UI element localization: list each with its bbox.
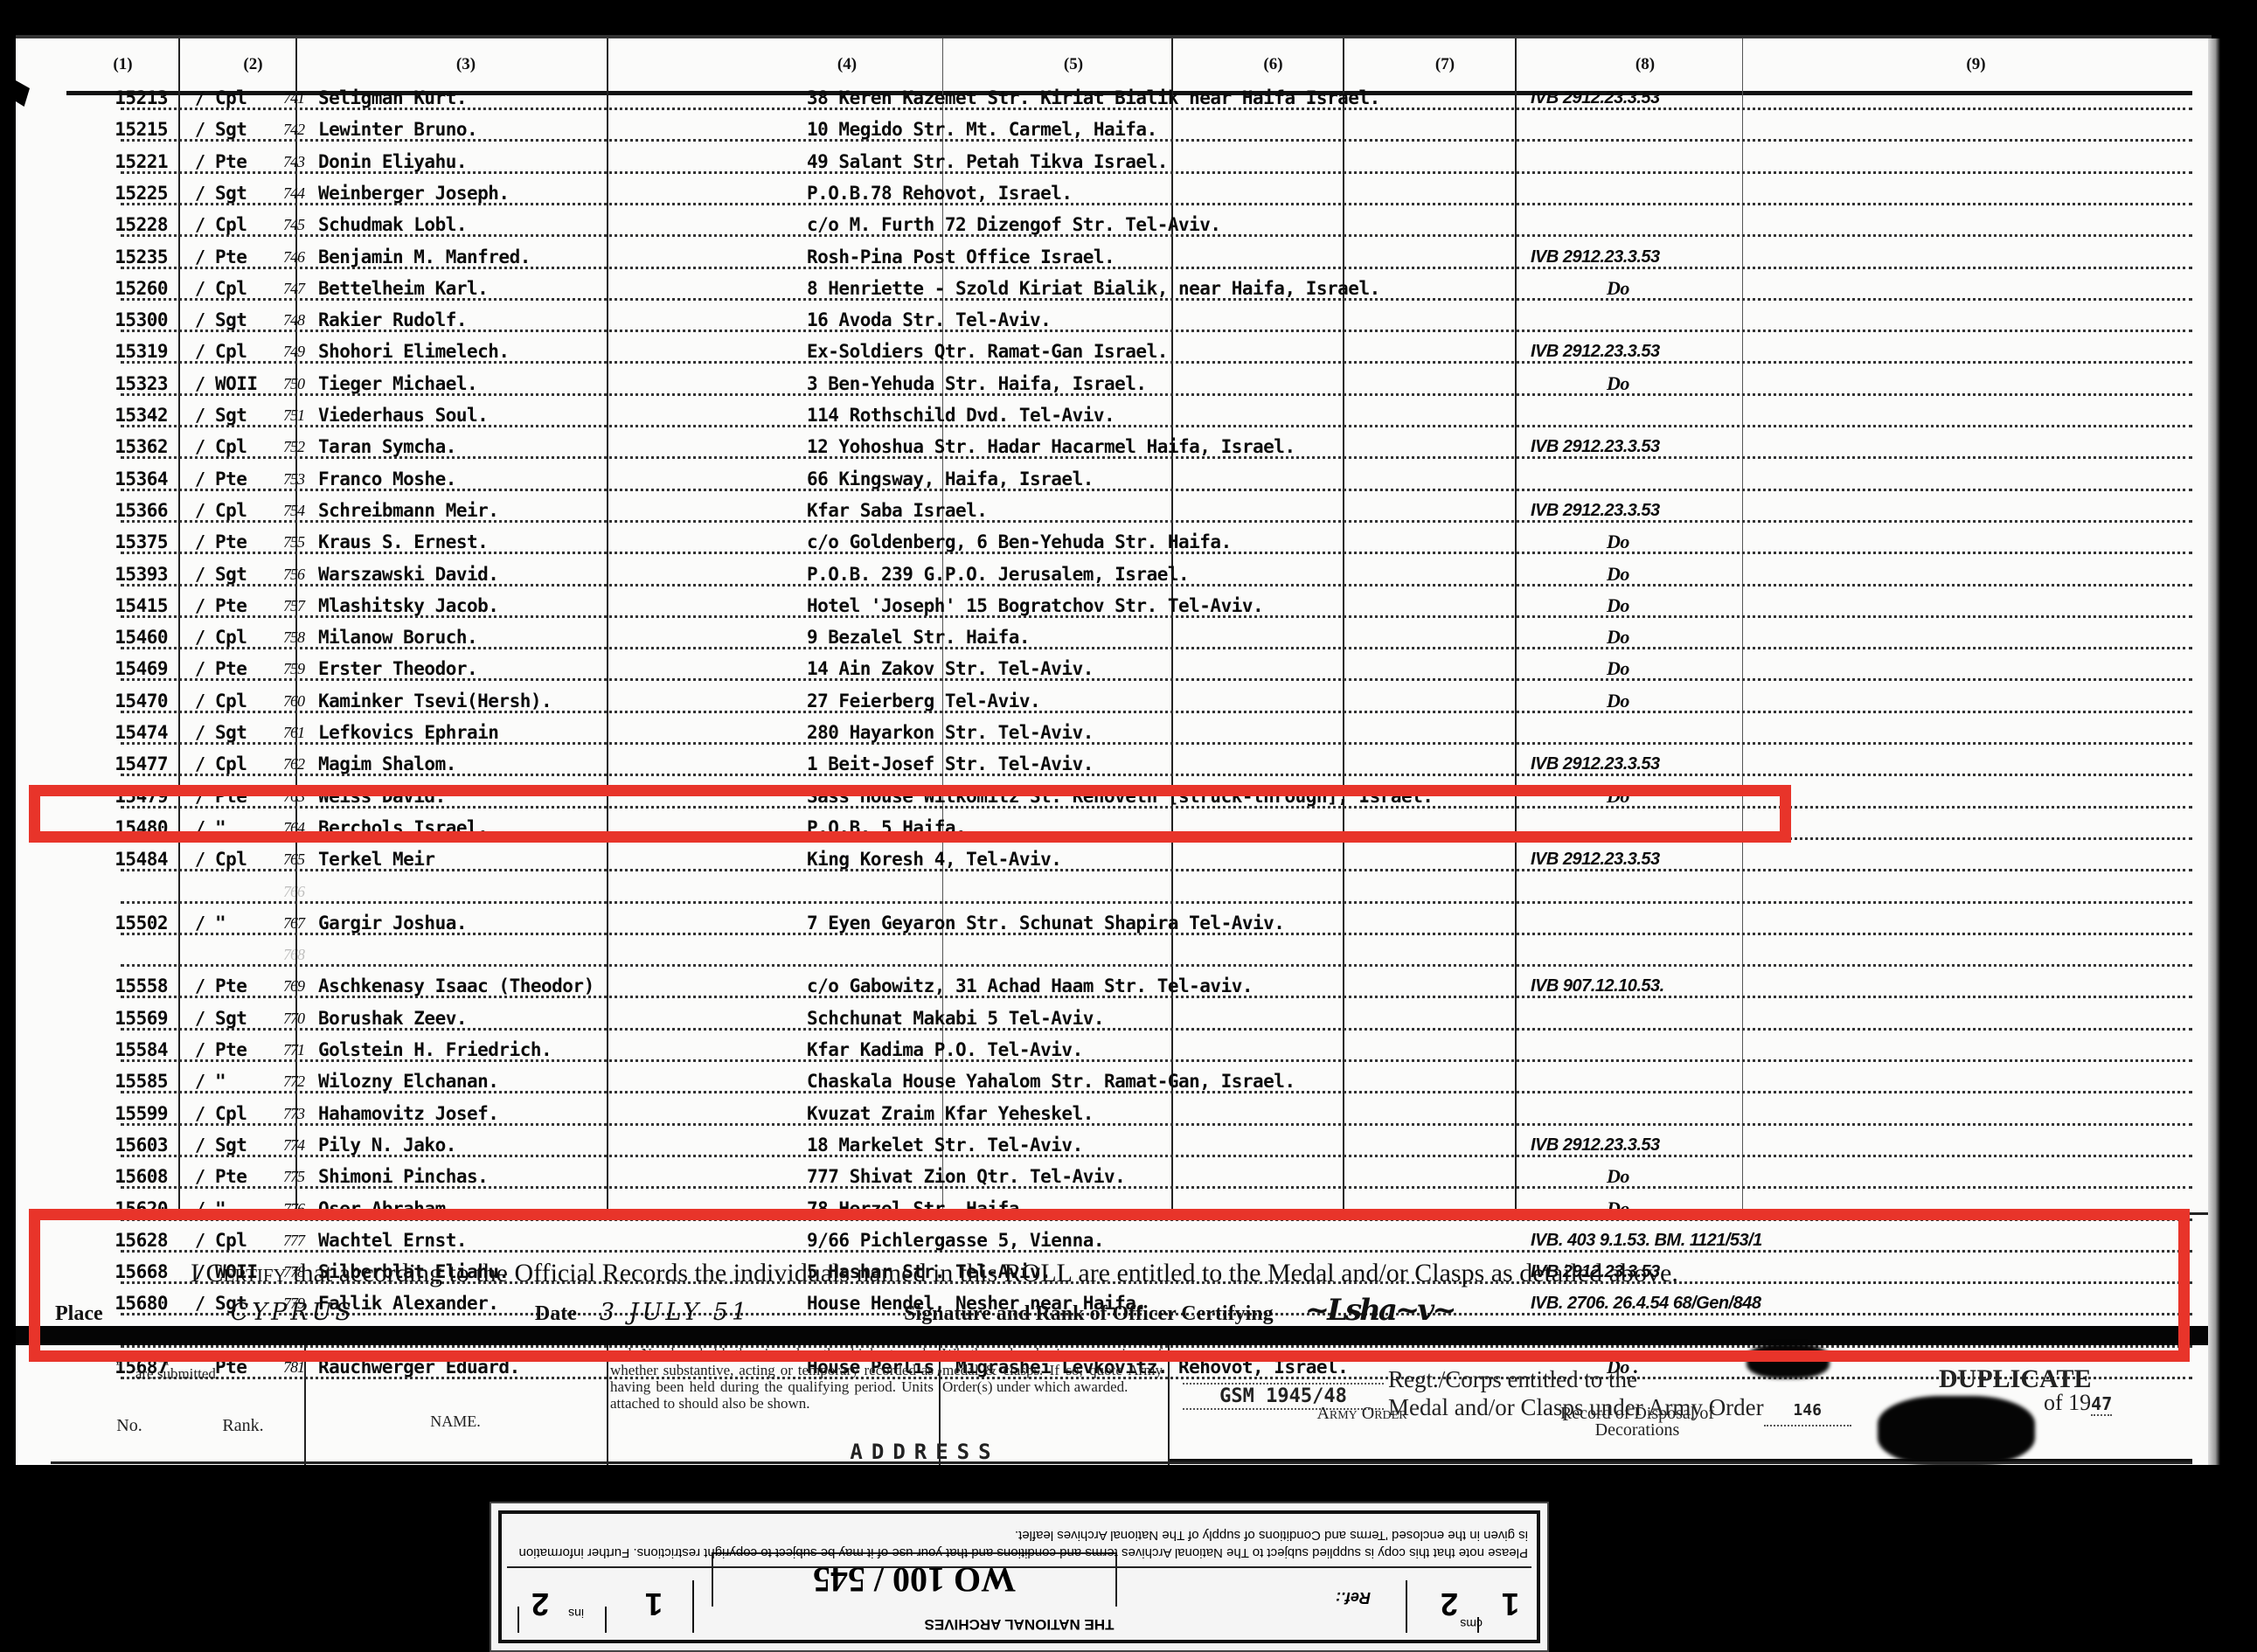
rank: "	[215, 913, 278, 934]
no-label: No.	[86, 1418, 173, 1434]
service-number: 15260	[51, 278, 173, 299]
check-mark: /	[195, 183, 214, 204]
roll-sequence-number: 768	[283, 944, 315, 965]
table-row: 15460/Cpl758Milanow Boruch.9 Bezalel Str…	[16, 627, 2192, 649]
service-number: 15470	[51, 691, 173, 711]
service-number: 15603	[51, 1135, 173, 1156]
table-row: 766	[16, 881, 2192, 904]
column-header-3: (3)	[311, 38, 621, 91]
disposal-record: IVB 2912.23.3.53	[1531, 500, 1660, 521]
ditto-note: Do	[1607, 373, 1629, 394]
soldier-name: Kaminker Tsevi(Hersh).	[318, 691, 552, 711]
address: c/o Goldenberg, 6 Ben-Yehuda Str. Haifa.	[807, 531, 1232, 552]
address: Schchunat Makabi 5 Tel-Aviv.	[807, 1008, 1104, 1029]
soldier-name: Aschkenasy Isaac (Theodor)	[318, 975, 594, 996]
table-row: 768	[16, 944, 2192, 967]
scale-mark: 2	[531, 1586, 549, 1622]
soldier-name: Shohori Elimelech.	[318, 341, 510, 362]
roll-sequence-number: 756	[283, 564, 315, 585]
table-row: 15603/Sgt774Pily N. Jako.18 Markelet Str…	[16, 1135, 2192, 1157]
rank: Sgt	[215, 309, 278, 330]
copyright-notice: Please note that this copy is supplied s…	[507, 1519, 1531, 1568]
service-number: 15502	[51, 913, 173, 934]
roll-sequence-number: 760	[283, 691, 315, 711]
table-row: 15364/Pte753Franco Moshe.66 Kingsway, Ha…	[16, 469, 2192, 491]
address: P.O.B.78 Rehovot, Israel.	[807, 183, 1073, 204]
label-frame: THE NATIONAL ARCHIVES 1 cms 2 Ref.: WO 1…	[498, 1510, 1540, 1643]
rank: Cpl	[215, 436, 278, 457]
service-number: 15484	[51, 849, 173, 870]
rank: Sgt	[215, 564, 278, 585]
address: 8 Henriette - Szold Kiriat Bialik, near …	[807, 278, 1380, 299]
table-row: 15235/Pte746Benjamin M. Manfred.Rosh-Pin…	[16, 246, 2192, 269]
check-mark: /	[195, 373, 214, 394]
table-row: 15362/Cpl752Taran Symcha.12 Yohoshua Str…	[16, 436, 2192, 459]
check-mark: /	[195, 500, 214, 521]
soldier-name: Lewinter Bruno.	[318, 119, 477, 140]
soldier-name: Borushak Zeev.	[318, 1008, 467, 1029]
disposal-record: IVB 907.12.10.53.	[1531, 975, 1664, 996]
address: King Koresh 4, Tel-Aviv.	[807, 849, 1061, 870]
rank: Cpl	[215, 691, 278, 711]
rank: Pte	[215, 595, 278, 616]
roll-sequence-number: 769	[283, 975, 315, 996]
table-row: 15225/Sgt744Weinberger Joseph.P.O.B.78 R…	[16, 183, 2192, 205]
service-number: 15213	[51, 87, 173, 108]
service-number: 15375	[51, 531, 173, 552]
service-number: 15569	[51, 1008, 173, 1029]
service-number: 15323	[51, 373, 173, 394]
check-mark: /	[195, 913, 214, 934]
disposal-record: IVB 2912.23.3.53	[1531, 753, 1660, 774]
table-row: 15221/Pte743Donin Eliyahu.49 Salant Str.…	[16, 151, 2192, 174]
table-row: 15366/Cpl754Schreibmann Meir.Kfar Saba I…	[16, 500, 2192, 523]
check-mark: /	[195, 722, 214, 743]
check-mark: /	[195, 341, 214, 362]
check-mark: /	[195, 1135, 214, 1156]
check-mark: /	[195, 849, 214, 870]
table-row: 15558/Pte769Aschkenasy Isaac (Theodor)c/…	[16, 975, 2192, 998]
soldier-name: Shimoni Pinchas.	[318, 1166, 488, 1187]
rank: Pte	[215, 975, 278, 996]
check-mark: /	[195, 1039, 214, 1060]
address: Ex-Soldiers Qtr. Ramat-Gan Israel.	[807, 341, 1168, 362]
address: P.O.B. 239 G.P.O. Jerusalem, Israel.	[807, 564, 1189, 585]
ink-smear-remarks	[1878, 1396, 2035, 1466]
table-row: 15569/Sgt770Borushak Zeev.Schchunat Maka…	[16, 1008, 2192, 1031]
soldier-name: Kraus S. Ernest.	[318, 531, 488, 552]
roll-sequence-number: 767	[283, 913, 315, 934]
archive-reference-label: THE NATIONAL ARCHIVES 1 cms 2 Ref.: WO 1…	[490, 1502, 1549, 1652]
roll-sequence-number: 741	[283, 87, 315, 108]
address: 3 Ben-Yehuda Str. Haifa, Israel.	[807, 373, 1147, 394]
roll-sequence-number: 745	[283, 214, 315, 235]
address: Chaskala House Yahalom Str. Ramat-Gan, I…	[807, 1071, 1295, 1092]
check-mark: /	[195, 1103, 214, 1124]
service-number: 15477	[51, 753, 173, 774]
service-number: 15415	[51, 595, 173, 616]
soldier-name: Schreibmann Meir.	[318, 500, 498, 521]
service-number: 15221	[51, 151, 173, 172]
address: Hotel 'Joseph' 15 Bogratchov Str. Tel-Av…	[807, 595, 1263, 616]
ins-label: ins	[568, 1607, 584, 1621]
ref-label: Ref.:	[1336, 1588, 1371, 1607]
soldier-name: Mlashitsky Jacob.	[318, 595, 498, 616]
ditto-note: Do	[1607, 627, 1629, 648]
address: 114 Rothschild Dvd. Tel-Aviv.	[807, 405, 1115, 426]
table-row: 15215/Sgt742Lewinter Bruno.10 Megido Str…	[16, 119, 2192, 142]
dotted-rule	[121, 901, 2192, 904]
roll-sequence-number: 742	[283, 119, 315, 140]
rank: Cpl	[215, 278, 278, 299]
service-number: 15342	[51, 405, 173, 426]
lower-header-rule	[51, 1461, 2192, 1464]
rank: Sgt	[215, 183, 278, 204]
roll-sequence-number: 766	[283, 881, 315, 902]
check-mark: /	[195, 119, 214, 140]
disposal-record: IVB 2912.23.3.53	[1531, 341, 1660, 362]
soldier-name: Donin Eliyahu.	[318, 151, 467, 172]
soldier-name: Seligman Kurt.	[318, 87, 467, 108]
roll-sequence-number: 747	[283, 278, 315, 299]
table-row: 15599/Cpl773Hahamovitz Josef.Kvuzat Zrai…	[16, 1103, 2192, 1126]
address: 10 Megido Str. Mt. Carmel, Haifa.	[807, 119, 1157, 140]
roll-sequence-number: 753	[283, 469, 315, 489]
rank: Cpl	[215, 500, 278, 521]
check-mark: /	[195, 595, 214, 616]
address: 9 Bezalel Str. Haifa.	[807, 627, 1030, 648]
lower-column-header: No. Rank. ADDRESS Army Order Record of D…	[16, 1392, 2212, 1465]
highlight-row-15502	[29, 785, 1791, 843]
address: 777 Shivat Zion Qtr. Tel-Aviv.	[807, 1166, 1125, 1187]
address: 7 Eyen Geyaron Str. Schunat Shapira Tel-…	[807, 913, 1284, 934]
roll-sequence-number: 772	[283, 1071, 315, 1092]
roll-sequence-number: 749	[283, 341, 315, 362]
roll-sequence-number: 759	[283, 658, 315, 679]
soldier-name: Milanow Boruch.	[318, 627, 477, 648]
soldier-name: Golstein H. Friedrich.	[318, 1039, 552, 1060]
column-header-6: (6)	[1187, 38, 1359, 91]
service-number: 15235	[51, 246, 173, 267]
check-mark: /	[195, 278, 214, 299]
soldier-name: Hahamovitz Josef.	[318, 1103, 498, 1124]
scale-tick	[692, 1580, 694, 1633]
address: c/o Gabowitz, 31 Achad Haam Str. Tel-avi…	[807, 975, 1253, 996]
roll-sequence-number: 750	[283, 373, 315, 394]
table-row: 15260/Cpl747Bettelheim Karl.8 Henriette …	[16, 278, 2192, 301]
table-row: 15323/WOII750Tieger Michael.3 Ben-Yehuda…	[16, 373, 2192, 396]
check-mark: /	[195, 214, 214, 235]
check-mark: /	[195, 975, 214, 996]
table-row: 15319/Cpl749Shohori Elimelech.Ex-Soldier…	[16, 341, 2192, 364]
table-row: 15300/Sgt748Rakier Rudolf.16 Avoda Str. …	[16, 309, 2192, 332]
ditto-note: Do	[1607, 564, 1629, 585]
roll-sequence-number: 765	[283, 849, 315, 870]
disposal-record: IVB 2912.23.3.53	[1531, 87, 1660, 108]
disposal-record: IVB 2912.23.3.53	[1531, 436, 1660, 457]
service-number: 15584	[51, 1039, 173, 1060]
dotted-rule	[121, 964, 2192, 967]
service-number: 15599	[51, 1103, 173, 1124]
soldier-name: Gargir Joshua.	[318, 913, 467, 934]
rank: Pte	[215, 469, 278, 489]
service-number: 15393	[51, 564, 173, 585]
roll-sequence-number: 758	[283, 627, 315, 648]
address-label: ADDRESS	[837, 1444, 1012, 1461]
soldier-name: Warszawski David.	[318, 564, 498, 585]
check-mark: /	[195, 753, 214, 774]
service-number: 15228	[51, 214, 173, 235]
column-header-1: (1)	[51, 38, 195, 91]
service-number: 15225	[51, 183, 173, 204]
roll-sequence-number: 752	[283, 436, 315, 457]
rank: Sgt	[215, 1008, 278, 1029]
check-mark: /	[195, 627, 214, 648]
address: 280 Hayarkon Str. Tel-Aviv.	[807, 722, 1094, 743]
roll-sequence-number: 746	[283, 246, 315, 267]
scale-tick	[605, 1607, 607, 1633]
table-row: 15470/Cpl760Kaminker Tsevi(Hersh).27 Fei…	[16, 691, 2192, 713]
check-mark: /	[195, 246, 214, 267]
check-mark: /	[195, 1166, 214, 1187]
soldier-name: Magim Shalom.	[318, 753, 456, 774]
soldier-name: Schudmak Lobl.	[318, 214, 467, 235]
column-header-5: (5)	[960, 38, 1187, 91]
scale-mark: 1	[645, 1586, 663, 1622]
roll-sequence-number: 743	[283, 151, 315, 172]
roll-sequence-number: 751	[283, 405, 315, 426]
service-number: 15215	[51, 119, 173, 140]
service-number: 15460	[51, 627, 173, 648]
check-mark: /	[195, 405, 214, 426]
table-row: 15415/Pte757Mlashitsky Jacob.Hotel 'Jose…	[16, 595, 2192, 618]
scale-tick	[1406, 1580, 1407, 1633]
roll-sequence-number: 761	[283, 722, 315, 743]
service-number: 15319	[51, 341, 173, 362]
rank: WOII	[215, 373, 278, 394]
soldier-name: Benjamin M. Manfred.	[318, 246, 531, 267]
table-row: 15228/Cpl745Schudmak Lobl.c/o M. Furth 7…	[16, 214, 2192, 237]
check-mark: /	[195, 531, 214, 552]
rank: Cpl	[215, 214, 278, 235]
soldier-name: Viederhaus Soul.	[318, 405, 488, 426]
check-mark: /	[195, 436, 214, 457]
check-mark: /	[195, 691, 214, 711]
address: 49 Salant Str. Petah Tikva Israel.	[807, 151, 1168, 172]
disposal-record: IVB 2912.23.3.53	[1531, 246, 1660, 267]
service-number: 15300	[51, 309, 173, 330]
disposal-record: IVB 2912.23.3.53	[1531, 849, 1660, 870]
rank: Pte	[215, 531, 278, 552]
record-disposal-label: Record of Disposal of Decorations	[1528, 1406, 1747, 1439]
scale-mark: 2	[1441, 1586, 1458, 1622]
check-mark: /	[195, 151, 214, 172]
scale-tick	[517, 1607, 519, 1633]
rank: Pte	[215, 151, 278, 172]
scale-tick	[1477, 1617, 1479, 1633]
roll-sequence-number: 755	[283, 531, 315, 552]
table-row: 15474/Sgt761Lefkovics Ephrain280 Hayarko…	[16, 722, 2192, 745]
disposal-record: IVB 2912.23.3.53	[1531, 1135, 1660, 1156]
cms-label: cms	[1460, 1617, 1483, 1631]
soldier-name: Wilozny Elchanan.	[318, 1071, 498, 1092]
ditto-note: Do	[1607, 691, 1629, 711]
address: Kfar Saba Israel.	[807, 500, 987, 521]
address: Kfar Kadima P.O. Tel-Aviv.	[807, 1039, 1083, 1060]
rank: Cpl	[215, 1103, 278, 1124]
address: 16 Avoda Str. Tel-Aviv.	[807, 309, 1051, 330]
roll-sequence-number: 775	[283, 1166, 315, 1187]
address: Kvuzat Zraim Kfar Yeheskel.	[807, 1103, 1094, 1124]
rank: Cpl	[215, 341, 278, 362]
rank: Sgt	[215, 1135, 278, 1156]
check-mark: /	[195, 1008, 214, 1029]
table-row: 15375/Pte755Kraus S. Ernest.c/o Goldenbe…	[16, 531, 2192, 554]
table-row: 15585/"772Wilozny Elchanan.Chaskala Hous…	[16, 1071, 2192, 1093]
roll-sequence-number: 744	[283, 183, 315, 204]
check-mark: /	[195, 87, 214, 108]
check-mark: /	[195, 564, 214, 585]
soldier-name: Lefkovics Ephrain	[318, 722, 498, 743]
service-number: 15608	[51, 1166, 173, 1187]
roll-sequence-number: 773	[283, 1103, 315, 1124]
address: Rosh-Pina Post Office Israel.	[807, 246, 1115, 267]
check-mark: /	[195, 1071, 214, 1092]
roll-sequence-number: 754	[283, 500, 315, 521]
rank: Cpl	[215, 753, 278, 774]
soldier-name: Erster Theodor.	[318, 658, 477, 679]
soldier-name: Bettelheim Karl.	[318, 278, 488, 299]
soldier-name: Franco Moshe.	[318, 469, 456, 489]
ditto-note: Do	[1607, 658, 1629, 679]
army-order-label: Army Order	[1187, 1406, 1537, 1422]
table-row: 15393/Sgt756Warszawski David.P.O.B. 239 …	[16, 564, 2192, 587]
ditto-note: Do	[1607, 531, 1629, 552]
ditto-note: Do	[1607, 595, 1629, 616]
soldier-name: Rakier Rudolf.	[318, 309, 467, 330]
rank: Pte	[215, 1039, 278, 1060]
address: c/o M. Furth 72 Dizengof Str. Tel-Aviv.	[807, 214, 1221, 235]
service-number: 15362	[51, 436, 173, 457]
rank: Sgt	[215, 405, 278, 426]
service-number: 15469	[51, 658, 173, 679]
roll-sequence-number: 748	[283, 309, 315, 330]
rank: Sgt	[215, 119, 278, 140]
check-mark: /	[195, 658, 214, 679]
soldier-name: Pily N. Jako.	[318, 1135, 456, 1156]
column-header-8: (8)	[1531, 38, 1760, 91]
column-header-2: (2)	[195, 38, 311, 91]
table-row: 15213/Cpl741Seligman Kurt.38 Keren Kazem…	[16, 87, 2192, 110]
address: 12 Yohoshua Str. Hadar Hacarmel Haifa, I…	[807, 436, 1295, 457]
soldier-name: Terkel Meir	[318, 849, 435, 870]
rank: Cpl	[215, 849, 278, 870]
table-row: 15477/Cpl762Magim Shalom.1 Beit-Josef St…	[16, 753, 2192, 776]
rank: Pte	[215, 246, 278, 267]
rank: Cpl	[215, 627, 278, 648]
table-row: 15608/Pte775Shimoni Pinchas.777 Shivat Z…	[16, 1166, 2192, 1189]
roll-sequence-number: 774	[283, 1135, 315, 1156]
column-header-9: (9)	[1760, 38, 2192, 91]
soldier-name: Taran Symcha.	[318, 436, 456, 457]
table-row: 15584/Pte771Golstein H. Friedrich.Kfar K…	[16, 1039, 2192, 1062]
scale-mark: 1	[1502, 1586, 1519, 1622]
roll-sequence-number: 762	[283, 753, 315, 774]
service-number: 15474	[51, 722, 173, 743]
roll-sequence-number: 771	[283, 1039, 315, 1060]
table-row: 15484/Cpl765Terkel MeirKing Koresh 4, Te…	[16, 849, 2192, 871]
table-row-highlighted: 15502/"767Gargir Joshua.7 Eyen Geyaron S…	[16, 913, 2192, 935]
check-mark: /	[195, 309, 214, 330]
rank: Sgt	[215, 722, 278, 743]
address: 38 Keren Kazemet Str. Kiriat Bialik near…	[807, 87, 1380, 108]
table-row: 15342/Sgt751Viederhaus Soul.114 Rothschi…	[16, 405, 2192, 427]
ditto-note: Do	[1607, 278, 1629, 299]
highlight-certification	[29, 1209, 2190, 1362]
rank-label: Rank.	[191, 1418, 295, 1434]
table-row: 15469/Pte759Erster Theodor.14 Ain Zakov …	[16, 658, 2192, 681]
address: 66 Kingsway, Haifa, Israel.	[807, 469, 1094, 489]
roll-sequence-number: 757	[283, 595, 315, 616]
ditto-note: Do	[1607, 1166, 1629, 1187]
rank: Pte	[215, 1166, 278, 1187]
soldier-name: Tieger Michael.	[318, 373, 477, 394]
rank: Cpl	[215, 87, 278, 108]
soldier-name: Weinberger Joseph.	[318, 183, 510, 204]
service-number: 15558	[51, 975, 173, 996]
rank: Pte	[215, 658, 278, 679]
roll-sequence-number: 770	[283, 1008, 315, 1029]
address: 27 Feierberg Tel-Aviv.	[807, 691, 1040, 711]
address: 18 Markelet Str. Tel-Aviv.	[807, 1135, 1083, 1156]
service-number: 15366	[51, 500, 173, 521]
column-header-7: (7)	[1359, 38, 1531, 91]
address: 1 Beit-Josef Str. Tel-Aviv.	[807, 753, 1094, 774]
address: 14 Ain Zakov Str. Tel-Aviv.	[807, 658, 1094, 679]
service-number: 15364	[51, 469, 173, 489]
check-mark: /	[195, 469, 214, 489]
service-number: 15585	[51, 1071, 173, 1092]
rank: "	[215, 1071, 278, 1092]
